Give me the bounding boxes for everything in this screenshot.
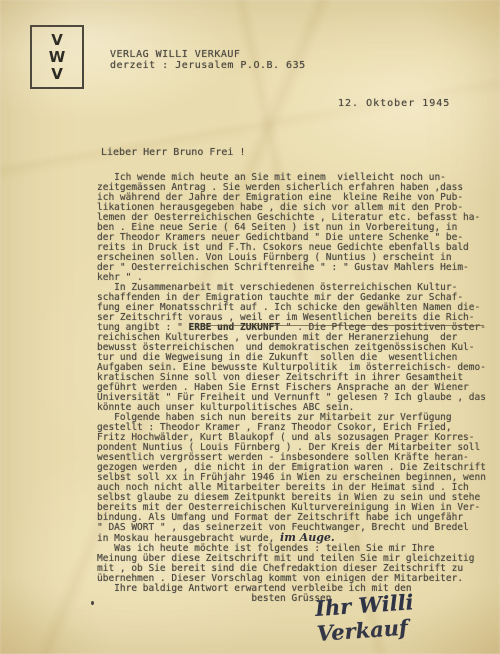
stray-ink-mark xyxy=(91,601,94,605)
publisher-address: derzeit : Jerusalem P.O.B. 635 xyxy=(110,60,306,71)
paragraph-4: Was ich heute möchte ist folgendes : tei… xyxy=(97,543,475,584)
publisher-logo: V W V xyxy=(30,25,84,89)
publisher-name: VERLAG WILLI VERKAUF xyxy=(110,49,240,60)
letter-body: Ich wende mich heute an Sie mit einem vi… xyxy=(97,173,486,604)
closing-line-2: besten Grüssen xyxy=(97,593,332,604)
paragraph-1: Ich wende mich heute an Sie mit einem vi… xyxy=(97,172,480,283)
logo-letter-v-top: V xyxy=(51,32,63,49)
paragraph-2-after-title: " . Die Pflege des positiven öster- reic… xyxy=(97,322,486,413)
logo-letter-v-bottom: V xyxy=(51,66,63,83)
salutation: Lieber Herr Bruno Frei ! xyxy=(101,147,246,158)
logo-letter-w: W xyxy=(49,49,66,66)
typewritten-letter-page: V W V VERLAG WILLI VERKAUF derzeit : Jer… xyxy=(0,0,500,654)
paragraph-3: Folgende haben sich nun bereits zur Mita… xyxy=(97,412,486,544)
typed-underline-mark xyxy=(203,325,484,326)
letter-date: 12. Oktober 1945 xyxy=(338,98,450,109)
